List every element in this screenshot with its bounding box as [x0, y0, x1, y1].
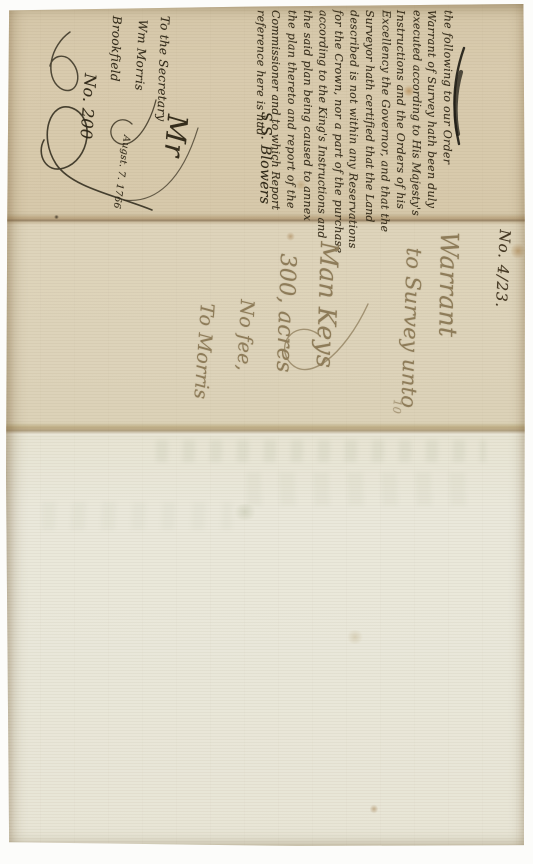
- annotation-date: Augst. 7. 1766: [109, 134, 132, 201]
- docket-line-grantee-name: Man Keys: [305, 241, 344, 392]
- bleed-through-ghost: [156, 440, 486, 462]
- manuscript-line: the following to our Order: [439, 10, 456, 216]
- pen-stroke-flourish: [456, 72, 461, 134]
- docket-line-no-fee: No fee,: [228, 299, 258, 384]
- certificate-text-block: the following to our Order Warrant of Su…: [253, 10, 455, 216]
- annotation-monogram: Mr: [149, 113, 194, 176]
- docket-line-acreage: 300, acres: [265, 253, 300, 394]
- annotation-number: No. 200: [74, 72, 100, 137]
- annotation-name: Wm Morris: [127, 19, 150, 112]
- scanned-manuscript-photo: the following to our Order Warrant of Su…: [0, 0, 533, 864]
- paper-stain: [370, 804, 378, 814]
- manuscript-line: the said plan being caused to annex: [299, 10, 315, 216]
- docket-corner-number: No. 4/23.: [489, 229, 514, 318]
- manuscript-line: Excellency the Governor, and that the: [376, 10, 393, 216]
- fold-crease-lower: [6, 424, 525, 436]
- manuscript-line: the plan thereto and report of the: [283, 10, 300, 216]
- manuscript-line: Instructions and the Orders of his: [393, 10, 409, 216]
- pen-flourish-loop: [50, 32, 78, 91]
- paper-stain: [286, 232, 295, 241]
- docket-small-mark: 10: [388, 399, 404, 424]
- bleed-through-ghost: [246, 472, 476, 506]
- bleed-through-ghost: [42, 502, 232, 530]
- manuscript-line: for the Crown, nor a part of the purchas…: [330, 10, 346, 216]
- manuscript-line: Surveyor hath certified that the Land: [361, 10, 377, 216]
- docket-line-to-morris: To Morris: [184, 302, 218, 416]
- pen-stroke-flourish: [454, 48, 464, 144]
- manuscript-line: described is not within any Reservations: [345, 10, 362, 216]
- paper-stain: [232, 504, 258, 520]
- docket-line-warrant: Warrant: [428, 231, 464, 374]
- manuscript-line: executed according to His Majesty's: [407, 10, 424, 216]
- annotation-place: Brookfield: [103, 15, 124, 94]
- signature-ss-blowers: S.S. Blowers: [250, 112, 274, 222]
- annotation-secretary: To the Secretary: [150, 15, 172, 120]
- paper-stain: [346, 630, 364, 644]
- manuscript-line: Warrant of Survey hath been duly: [424, 10, 440, 216]
- manuscript-line: according to the King's Instructions and: [314, 10, 331, 216]
- ink-dot: [54, 215, 59, 219]
- manuscript-sheet-verso: the following to our Order Warrant of Su…: [6, 4, 525, 846]
